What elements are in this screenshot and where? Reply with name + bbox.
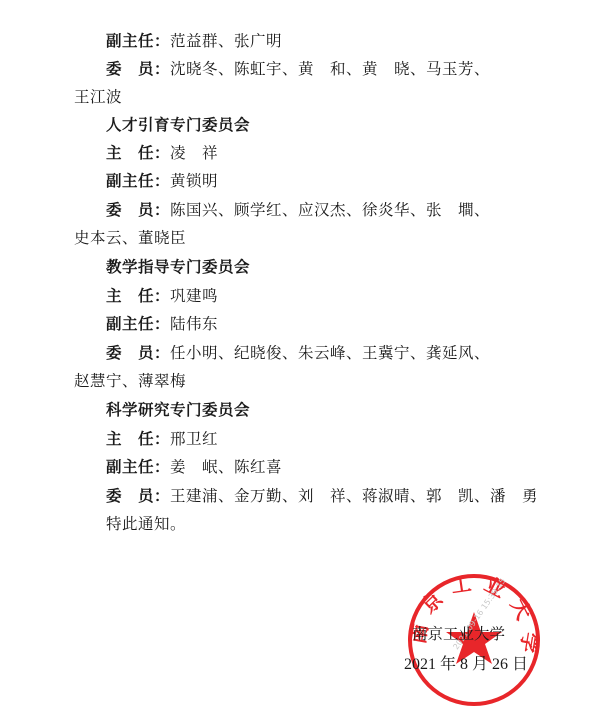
value: 任小明、纪晓俊、朱云峰、王冀宁、龚延风、 xyxy=(170,344,490,362)
value: 范益群、张广明 xyxy=(170,32,282,50)
line-members-1: 委 员：沈晓冬、陈虹宇、黄 和、黄 晓、马玉芳、 xyxy=(106,59,490,79)
line-members-2-cont: 史本云、董晓臣 xyxy=(74,228,186,248)
label: 主 任： xyxy=(106,287,170,305)
committee-heading-teaching: 教学指导专门委员会 xyxy=(106,257,250,277)
value: 沈晓冬、陈虹宇、黄 和、黄 晓、马玉芳、 xyxy=(170,60,490,78)
value: 赵慧宁、薄翠梅 xyxy=(74,372,186,390)
label: 主 任： xyxy=(106,430,170,448)
label: 副主任： xyxy=(106,172,170,190)
label: 委 员： xyxy=(106,487,170,505)
value: 史本云、董晓臣 xyxy=(74,229,186,247)
line-director-4: 主 任：邢卫红 xyxy=(106,429,218,449)
line-director-3: 主 任：巩建鸣 xyxy=(106,286,218,306)
value: 凌 祥 xyxy=(170,144,218,162)
line-vice-director-4: 副主任：姜 岷、陈红喜 xyxy=(106,457,282,477)
value: 邢卫红 xyxy=(170,430,218,448)
line-members-2: 委 员：陈国兴、顾学红、应汉杰、徐炎华、张 墹、 xyxy=(106,200,490,220)
label: 主 任： xyxy=(106,144,170,162)
label: 副主任： xyxy=(106,32,170,50)
line-director-2: 主 任：凌 祥 xyxy=(106,143,218,163)
line-vice-director-3: 副主任：陆伟东 xyxy=(106,314,218,334)
label: 副主任： xyxy=(106,458,170,476)
line-members-3: 委 员：任小明、纪晓俊、朱云峰、王冀宁、龚延风、 xyxy=(106,343,490,363)
signature-date: 2021 年 8 月 26 日 xyxy=(404,651,528,674)
line-members-4: 委 员：王建浦、金万勤、刘 祥、蒋淑晴、郭 凯、潘 勇 xyxy=(106,486,538,506)
committee-heading-research: 科学研究专门委员会 xyxy=(106,400,250,420)
line-members-3-cont: 赵慧宁、薄翠梅 xyxy=(74,371,186,391)
signature-organization: 南京工业大学 xyxy=(412,622,505,644)
value: 陈国兴、顾学红、应汉杰、徐炎华、张 墹、 xyxy=(170,201,490,219)
value: 姜 岷、陈红喜 xyxy=(170,458,282,476)
closing-notice: 特此通知。 xyxy=(106,514,186,534)
line-members-1-cont: 王江波 xyxy=(74,87,122,107)
value: 王江波 xyxy=(74,88,122,106)
label: 委 员： xyxy=(106,344,170,362)
value: 陆伟东 xyxy=(170,315,218,333)
label: 副主任： xyxy=(106,315,170,333)
line-vice-director-1: 副主任：范益群、张广明 xyxy=(106,31,282,51)
value: 王建浦、金万勤、刘 祥、蒋淑晴、郭 凯、潘 勇 xyxy=(170,487,538,505)
value: 巩建鸣 xyxy=(170,287,218,305)
label: 委 员： xyxy=(106,201,170,219)
label: 委 员： xyxy=(106,60,170,78)
line-vice-director-2: 副主任：黄锁明 xyxy=(106,171,218,191)
value: 黄锁明 xyxy=(170,172,218,190)
committee-heading-talent: 人才引育专门委员会 xyxy=(106,115,250,135)
